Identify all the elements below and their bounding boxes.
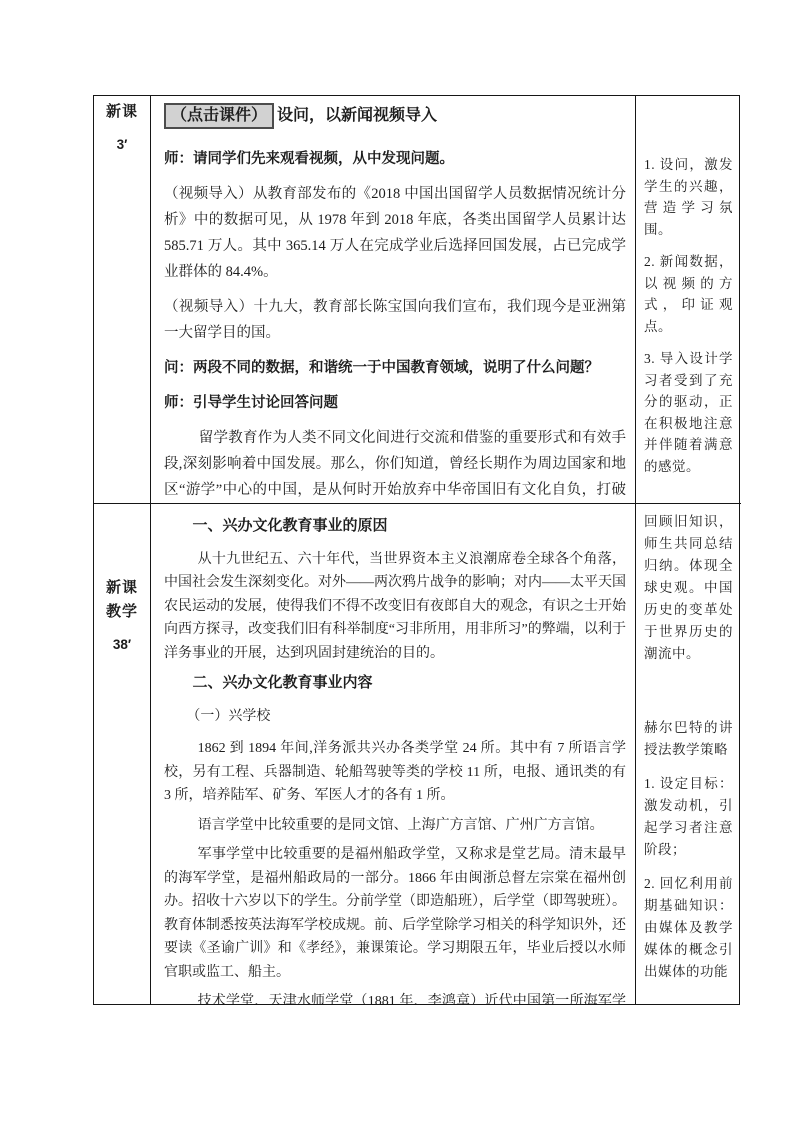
notes-cell-teaching: 回顾旧知识，师生共同总结归纳。体现全球史观。中国历史的变革处于世界历史的潮流中。…	[636, 504, 741, 1004]
section-title: 设问，以新闻视频导入	[277, 107, 437, 124]
document-page: { "colors": { "badge_background": "#d2d2…	[0, 0, 794, 1123]
margin-note: 2. 回忆利用前期基础知识：由媒体及教学媒体的概念引出媒体的功能	[644, 873, 733, 983]
dialog-paragraph: 师：请同学们先来观看视频，从中发现问题。	[164, 146, 626, 172]
section-heading: 二、兴办文化教育事业内容	[164, 671, 626, 695]
click-courseware-badge: （点击课件）	[164, 103, 274, 129]
stage-duration: 38′	[94, 633, 150, 657]
content-paragraph: 军事学堂中比较重要的是福州船政学堂，又称求是堂艺局。清末最早的海军学堂，是福州船…	[164, 843, 626, 984]
content-paragraph: 从十九世纪五、六十年代，当世界资本主义浪潮席卷全球各个角落，中国社会发生深刻变化…	[164, 548, 626, 666]
lesson-plan-table: 新课3′ （点击课件）设问，以新闻视频导入师：请同学们先来观看视频，从中发现问题…	[93, 95, 740, 1005]
margin-note: 3. 导入设计学习者受到了充分的驱动，正在积极地注意并伴随着满意的感觉。	[644, 348, 733, 477]
dialog-paragraph: 问：两段不同的数据，和谐统一于中国教育领域，说明了什么问题？	[164, 355, 626, 381]
stage-duration: 3′	[94, 133, 150, 157]
lesson-intro-heading: （点击课件）设问，以新闻视频导入	[164, 103, 626, 129]
margin-note: 1. 设定目标：激发动机，引起学习者注意阶段；	[644, 773, 733, 861]
speaker-label: 问：	[164, 360, 193, 376]
stage-cell-new-lesson-teaching: 新课教学38′	[94, 504, 151, 1004]
content-paragraph: 1862 到 1894 年间,洋务派共兴办各类学堂 24 所。其中有 7 所语言…	[164, 737, 626, 808]
margin-note: 1. 设问，激发学生的兴趣，营造学习氛围。	[644, 154, 733, 240]
stage-label: 新课	[94, 100, 150, 124]
speaker-label: 师：	[164, 151, 193, 167]
margin-note: 回顾旧知识，师生共同总结归纳。体现全球史观。中国历史的变革处于世界历史的潮流中。	[644, 511, 733, 665]
stage-cell-new-lesson: 新课3′	[94, 96, 151, 504]
stage-label: 教学	[94, 600, 150, 624]
content-paragraph: 留学教育作为人类不同文化间进行交流和借鉴的重要形式和有效手段,深刻影响着中国发展…	[164, 425, 626, 504]
margin-note: 赫尔巴特的讲授法教学策略	[644, 717, 733, 761]
notes-cell-introduction: 1. 设问，激发学生的兴趣，营造学习氛围。2. 新闻数据，以视频的方式，印证观点…	[636, 96, 741, 504]
section-heading: 一、兴办文化教育事业的原因	[164, 514, 626, 538]
content-paragraph: 语言学堂中比较重要的是同文馆、上海广方言馆、广州广方言馆。	[164, 814, 626, 838]
content-paragraph: 技术学堂，天津水师学堂（1881 年，李鸿章）近代中国第一所海军学校。	[164, 990, 626, 1004]
subsection-heading: （一）兴学校	[164, 705, 626, 729]
speaker-label: 师：	[164, 395, 193, 411]
content-paragraph: （视频导入）十九大，教育部长陈宝国向我们宣布，我们现今是亚洲第一大留学目的国。	[164, 294, 626, 346]
content-cell-teaching: 一、兴办文化教育事业的原因从十九世纪五、六十年代，当世界资本主义浪潮席卷全球各个…	[151, 504, 636, 1004]
stage-label: 新课	[94, 576, 150, 600]
content-cell-introduction: （点击课件）设问，以新闻视频导入师：请同学们先来观看视频，从中发现问题。（视频导…	[151, 96, 636, 504]
dialog-paragraph: 师：引导学生讨论回答问题	[164, 390, 626, 416]
margin-note: 2. 新闻数据，以视频的方式，印证观点。	[644, 251, 733, 337]
content-paragraph: （视频导入）从教育部发布的《2018 中国出国留学人员数据情况统计分析》中的数据…	[164, 181, 626, 285]
